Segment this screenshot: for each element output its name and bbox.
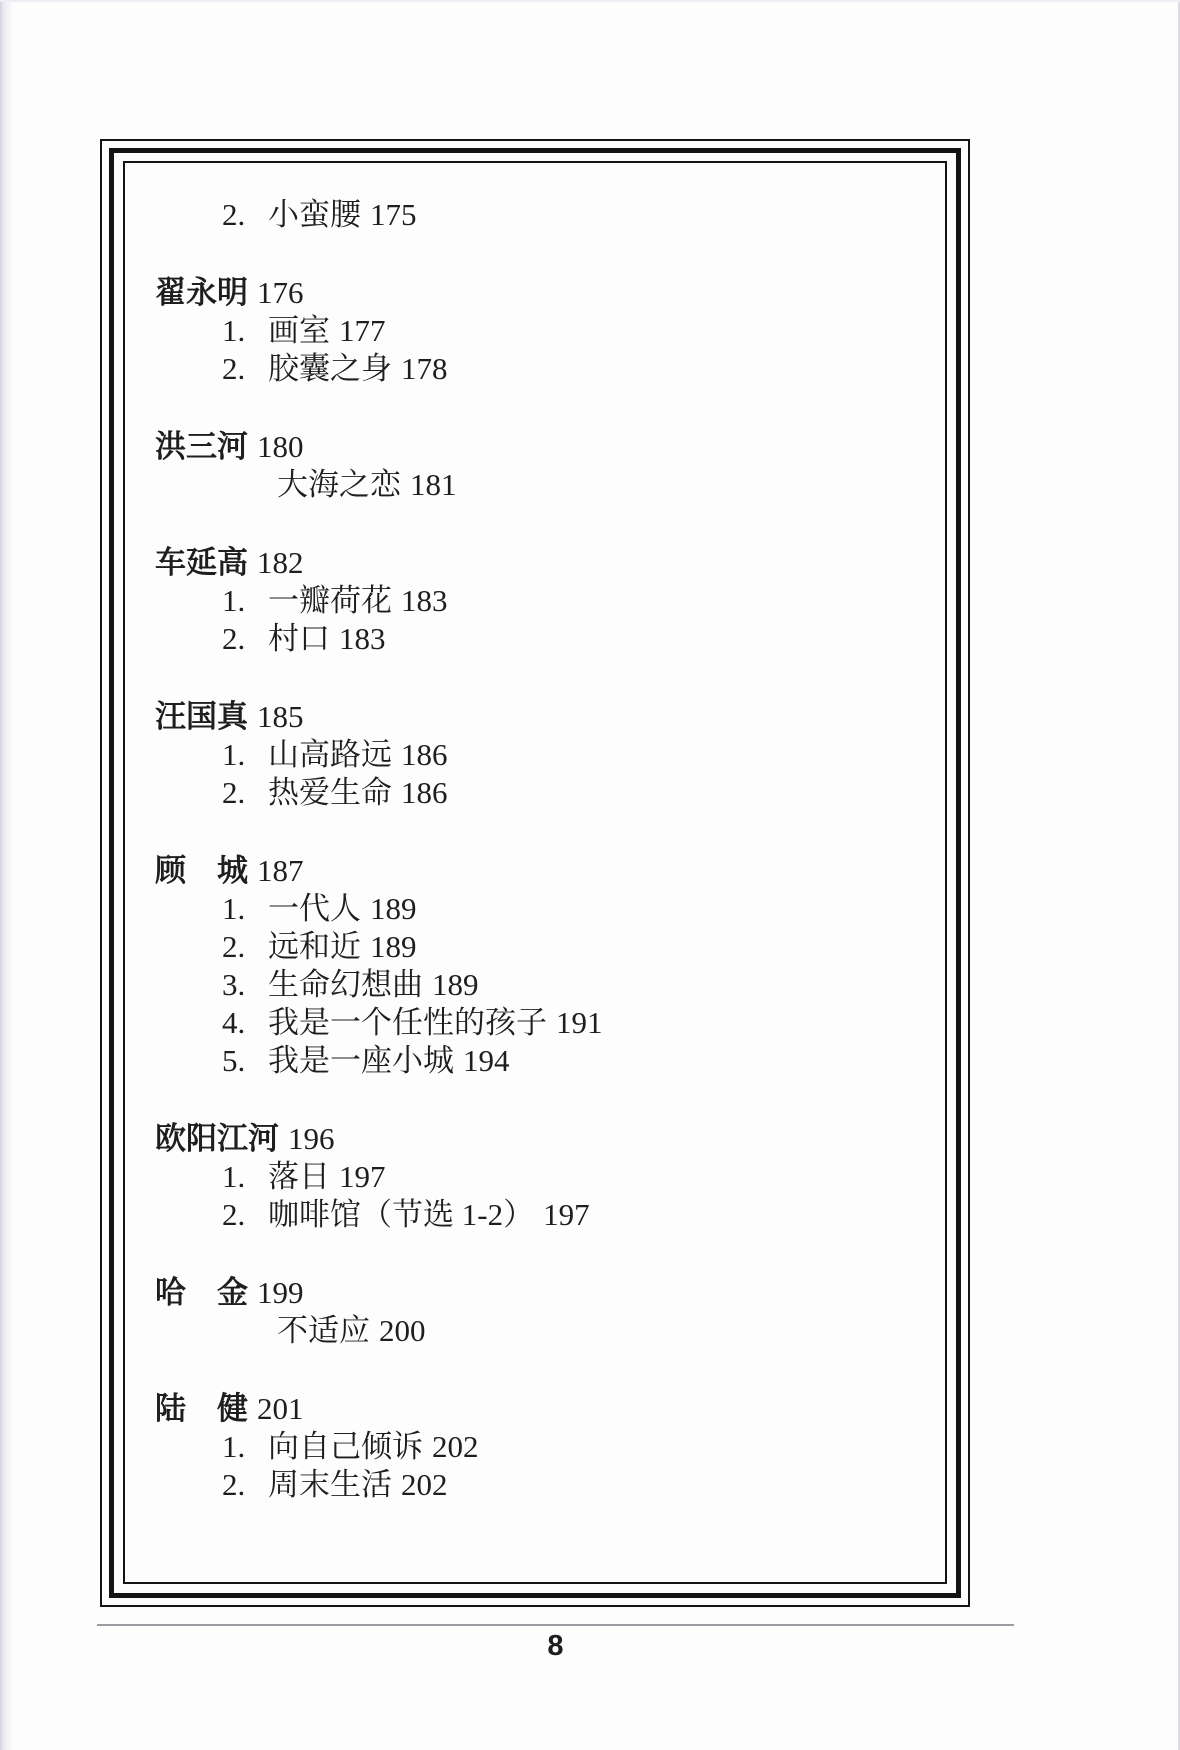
item-title: 周末生活 xyxy=(268,1467,392,1502)
item-number: 4. xyxy=(222,1004,268,1042)
item-page-number: 197 xyxy=(543,1197,590,1232)
toc-item-row: 2.热爱生命186 xyxy=(125,774,945,812)
item-title: 小蛮腰 xyxy=(268,197,361,232)
item-number: 2. xyxy=(222,620,268,658)
author-page-number: 180 xyxy=(257,429,304,464)
item-page-number: 175 xyxy=(370,197,417,232)
toc-item-row: 2.远和近189 xyxy=(125,928,945,966)
item-number: 1. xyxy=(222,890,268,928)
author-name: 翟永明 xyxy=(155,275,248,310)
item-page-number: 200 xyxy=(379,1313,426,1348)
toc-author-row: 欧阳江河196 xyxy=(125,1120,945,1158)
author-name: 欧阳江河 xyxy=(155,1121,279,1156)
item-number: 5. xyxy=(222,1042,268,1080)
toc-item-row: 1.一瓣荷花183 xyxy=(125,582,945,620)
item-number: 2. xyxy=(222,350,268,388)
author-name: 顾 城 xyxy=(155,853,248,888)
item-title: 我是一个任性的孩子 xyxy=(268,1005,547,1040)
toc-section: 洪三河180 大海之恋181 xyxy=(125,428,945,504)
item-page-number: 194 xyxy=(463,1043,510,1078)
decorative-frame-outer: 2.小蛮腰175 翟永明176 1.画室177 2.胶囊之身178 洪三河180… xyxy=(100,139,970,1607)
item-title: 向自己倾诉 xyxy=(268,1429,423,1464)
toc-item-row: 1.画室177 xyxy=(125,312,945,350)
author-name: 陆 健 xyxy=(155,1391,248,1426)
item-title: 生命幻想曲 xyxy=(268,967,423,1002)
item-number: 2. xyxy=(222,196,268,234)
book-page: { "colors": { "text": "#1e1e1e", "frame_… xyxy=(0,0,1180,1750)
item-title: 画室 xyxy=(268,313,330,348)
item-page-number: 189 xyxy=(370,929,417,964)
item-number: 1. xyxy=(222,736,268,774)
toc-item-row: 2.咖啡馆（节选 1-2）197 xyxy=(125,1196,945,1234)
item-page-number: 181 xyxy=(410,467,457,502)
author-name: 洪三河 xyxy=(155,429,248,464)
toc-item-row: 2.周末生活202 xyxy=(125,1466,945,1504)
item-page-number: 202 xyxy=(401,1467,448,1502)
item-page-number: 186 xyxy=(401,737,448,772)
toc-author-row: 顾 城187 xyxy=(125,852,945,890)
toc-section: 哈 金199 不适应200 xyxy=(125,1274,945,1350)
item-number: 1. xyxy=(222,312,268,350)
item-title: 我是一座小城 xyxy=(268,1043,454,1078)
toc-section: 欧阳江河196 1.落日197 2.咖啡馆（节选 1-2）197 xyxy=(125,1120,945,1234)
toc-item-row: 大海之恋181 xyxy=(125,466,945,504)
toc-section: 车延高182 1.一瓣荷花183 2.村口183 xyxy=(125,544,945,658)
item-title: 咖啡馆（节选 1-2） xyxy=(268,1197,534,1232)
toc-item-row: 5.我是一座小城194 xyxy=(125,1042,945,1080)
item-page-number: 177 xyxy=(339,313,386,348)
author-page-number: 182 xyxy=(257,545,304,580)
page-footer: 8 xyxy=(97,1624,1014,1661)
item-number: 1. xyxy=(222,1158,268,1196)
page-edge-top-shadow xyxy=(0,0,1180,2)
toc-item-row: 1.落日197 xyxy=(125,1158,945,1196)
toc-item-row: 1.一代人189 xyxy=(125,890,945,928)
toc-item-row: 4.我是一个任性的孩子191 xyxy=(125,1004,945,1042)
item-page-number: 178 xyxy=(401,351,448,386)
toc-item-row: 1.向自己倾诉202 xyxy=(125,1428,945,1466)
item-title: 胶囊之身 xyxy=(268,351,392,386)
toc-author-row: 哈 金199 xyxy=(125,1274,945,1312)
toc-item-row: 3.生命幻想曲189 xyxy=(125,966,945,1004)
page-number: 8 xyxy=(97,1631,1014,1661)
item-number: 2. xyxy=(222,928,268,966)
author-page-number: 196 xyxy=(288,1121,335,1156)
item-title: 村口 xyxy=(268,621,330,656)
page-edge-left-shadow xyxy=(0,0,13,1750)
toc-author-row: 翟永明176 xyxy=(125,274,945,312)
item-page-number: 202 xyxy=(432,1429,479,1464)
item-number: 2. xyxy=(222,1466,268,1504)
item-page-number: 189 xyxy=(370,891,417,926)
toc-item-row: 1.山高路远186 xyxy=(125,736,945,774)
item-title: 山高路远 xyxy=(268,737,392,772)
author-page-number: 185 xyxy=(257,699,304,734)
item-page-number: 189 xyxy=(432,967,479,1002)
item-page-number: 186 xyxy=(401,775,448,810)
table-of-contents: 2.小蛮腰175 翟永明176 1.画室177 2.胶囊之身178 洪三河180… xyxy=(125,196,945,1504)
item-number: 1. xyxy=(222,582,268,620)
toc-item-row: 2.胶囊之身178 xyxy=(125,350,945,388)
item-number: 2. xyxy=(222,1196,268,1234)
author-page-number: 199 xyxy=(257,1275,304,1310)
toc-author-row: 汪国真185 xyxy=(125,698,945,736)
author-page-number: 187 xyxy=(257,853,304,888)
author-name: 车延高 xyxy=(155,545,248,580)
item-title: 热爱生命 xyxy=(268,775,392,810)
toc-author-row: 陆 健201 xyxy=(125,1390,945,1428)
item-title: 不适应 xyxy=(277,1313,370,1348)
toc-section: 陆 健201 1.向自己倾诉202 2.周末生活202 xyxy=(125,1390,945,1504)
toc-item-row: 2.小蛮腰175 xyxy=(125,196,945,234)
toc-section: 2.小蛮腰175 xyxy=(125,196,945,234)
item-page-number: 183 xyxy=(401,583,448,618)
toc-item-row: 不适应200 xyxy=(125,1312,945,1350)
item-title: 一瓣荷花 xyxy=(268,583,392,618)
toc-section: 汪国真185 1.山高路远186 2.热爱生命186 xyxy=(125,698,945,812)
item-page-number: 191 xyxy=(556,1005,603,1040)
toc-section: 翟永明176 1.画室177 2.胶囊之身178 xyxy=(125,274,945,388)
toc-item-row: 2.村口183 xyxy=(125,620,945,658)
item-title: 一代人 xyxy=(268,891,361,926)
item-title: 大海之恋 xyxy=(277,467,401,502)
author-page-number: 201 xyxy=(257,1391,304,1426)
author-name: 汪国真 xyxy=(155,699,248,734)
item-number: 2. xyxy=(222,774,268,812)
toc-author-row: 洪三河180 xyxy=(125,428,945,466)
item-title: 远和近 xyxy=(268,929,361,964)
item-number: 1. xyxy=(222,1428,268,1466)
item-page-number: 183 xyxy=(339,621,386,656)
author-name: 哈 金 xyxy=(155,1275,248,1310)
item-title: 落日 xyxy=(268,1159,330,1194)
decorative-frame-inner: 2.小蛮腰175 翟永明176 1.画室177 2.胶囊之身178 洪三河180… xyxy=(123,161,947,1584)
item-number: 3. xyxy=(222,966,268,1004)
toc-section: 顾 城187 1.一代人189 2.远和近189 3.生命幻想曲189 4.我是… xyxy=(125,852,945,1080)
decorative-frame-middle: 2.小蛮腰175 翟永明176 1.画室177 2.胶囊之身178 洪三河180… xyxy=(109,148,961,1598)
item-page-number: 197 xyxy=(339,1159,386,1194)
toc-author-row: 车延高182 xyxy=(125,544,945,582)
author-page-number: 176 xyxy=(257,275,304,310)
